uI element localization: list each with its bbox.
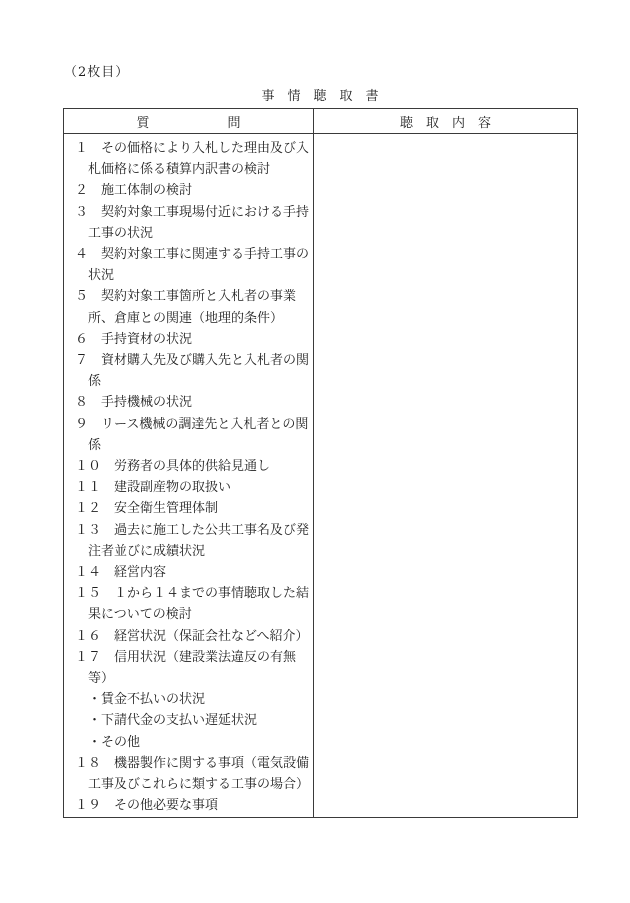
question-item: ４ 契約対象工事に関連する手持工事の 状況 [75,244,311,286]
hearing-content-cell [314,134,578,818]
question-item: １５ １から１４までの事情聴取した結 果についての検討 [75,583,311,625]
question-item: １２ 安全衛生管理体制 [75,498,311,519]
document-title: 事 情 聴 取 書 [63,85,577,104]
question-list-cell: １ その価格により入札した理由及び入 札価格に係る積算内訳書の検討２ 施工体制の… [64,134,314,818]
question-item: ・下請代金の支払い遅延状況 [75,710,311,731]
question-item: ８ 手持機械の状況 [75,392,311,413]
question-item: ５ 契約対象工事箇所と入札者の事業 所、倉庫との関連（地理的条件） [75,286,311,328]
question-item: １０ 労務者の具体的供給見通し [75,456,311,477]
question-item: ・その他 [75,732,311,753]
question-item: １４ 経営内容 [75,562,311,583]
question-item: ７ 資材購入先及び購入先と入札者の関 係 [75,350,311,392]
table-body-row: １ その価格により入札した理由及び入 札価格に係る積算内訳書の検討２ 施工体制の… [64,134,578,818]
content-column-header: 聴 取 内 容 [314,109,578,134]
question-item: １３ 過去に施工した公共工事名及び発 注者並びに成績状況 [75,520,311,562]
question-item: １６ 経営状況（保証会社などへ紹介） [75,626,311,647]
hearing-record-table: 質 問 聴 取 内 容 １ その価格により入札した理由及び入 札価格に係る積算内… [63,108,578,818]
question-column-header: 質 問 [64,109,314,134]
question-item: １７ 信用状況（建設業法違反の有無 等） [75,647,311,689]
question-item: ３ 契約対象工事現場付近における手持 工事の状況 [75,202,311,244]
question-item: １９ その他必要な事項 [75,795,311,816]
page-number-label: （2枚目） [64,61,129,80]
question-item: １ その価格により入札した理由及び入 札価格に係る積算内訳書の検討 [75,138,311,180]
table-header-row: 質 問 聴 取 内 容 [64,109,578,134]
question-list: １ その価格により入札した理由及び入 札価格に係る積算内訳書の検討２ 施工体制の… [75,138,311,817]
question-item: ６ 手持資材の状況 [75,329,311,350]
question-item: １８ 機器製作に関する事項（電気設備 工事及びこれらに類する工事の場合） [75,753,311,795]
question-item: ・賃金不払いの状況 [75,689,311,710]
question-item: ９ リース機械の調達先と入札者との関 係 [75,414,311,456]
question-item: １１ 建設副産物の取扱い [75,477,311,498]
question-item: ２ 施工体制の検討 [75,180,311,201]
